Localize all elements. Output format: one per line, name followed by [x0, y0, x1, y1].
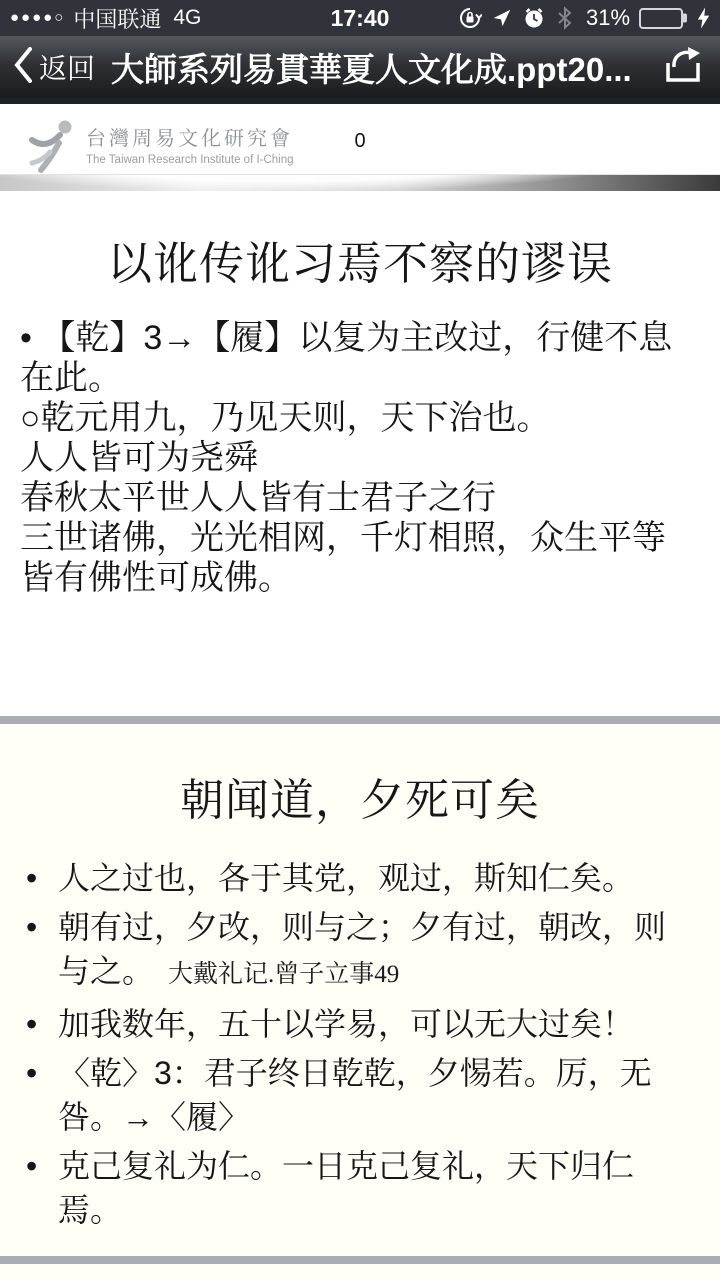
slide-header: 台灣周易文化研究會 The Taiwan Research Institute …	[0, 104, 720, 174]
logo-subtitle: The Taiwan Research Institute of I-Ching	[86, 154, 294, 166]
slide-title: 朝闻道，夕死可矣	[0, 764, 720, 828]
network-type-label: 4G	[173, 6, 201, 30]
bullet-list: • 人之过也，各于其党，观过，斯知仁矣。 • 朝有过，夕改，则与之；夕有过，朝改…	[0, 856, 706, 1232]
bullet-icon: •	[26, 1051, 37, 1095]
share-button[interactable]	[660, 44, 706, 91]
slide-title: 以讹传讹习焉不察的谬误	[0, 227, 720, 292]
carrier-label: 中国联通	[73, 3, 161, 34]
status-bar-right: 31%	[389, 5, 710, 31]
alarm-icon	[522, 6, 546, 30]
back-chevron-icon	[14, 47, 32, 88]
list-item: • 人之过也，各于其党，观过，斯知仁矣。	[0, 856, 706, 900]
back-button-label: 返回	[39, 47, 95, 87]
share-icon	[660, 73, 706, 90]
document-title: 大師系列易貫華夏人文化成.ppt20...	[111, 44, 652, 91]
list-item: • 朝有过，夕改，则与之；夕有过，朝改，则 与之。大戴礼记.曾子立事49	[0, 905, 706, 997]
signal-strength-icon: ●●●●○	[10, 10, 65, 25]
document-viewer[interactable]: 台灣周易文化研究會 The Taiwan Research Institute …	[0, 104, 720, 1274]
slide-1: 台灣周易文化研究會 The Taiwan Research Institute …	[0, 104, 720, 716]
battery-percent-label: 31%	[586, 5, 630, 31]
page-number: 0	[354, 130, 365, 153]
bullet-text: 克己复礼为仁。一日克己复礼，天下归仁 焉。	[58, 1148, 634, 1228]
list-item: • 克己复礼为仁。一日克己复礼，天下归仁 焉。	[0, 1144, 706, 1232]
rotation-lock-icon	[458, 6, 482, 30]
header-divider-graphic	[0, 174, 720, 191]
slide-separator	[0, 1256, 720, 1264]
bullet-text: 〈乾〉3：君子终日乾乾，夕惕若。厉，无 咎。→〈履〉	[58, 1055, 652, 1135]
slide-separator	[0, 716, 720, 724]
logo-text: 台灣周易文化研究會 The Taiwan Research Institute …	[86, 118, 294, 166]
list-item: • 加我数年，五十以学易，可以无大过矣！	[0, 1002, 706, 1046]
bullet-text: 人之过也，各于其党，观过，斯知仁矣。	[58, 860, 634, 896]
status-bar: ●●●●○ 中国联通 4G 17:40	[0, 0, 720, 36]
battery-cap	[683, 14, 687, 23]
citation-text: 大戴礼记.曾子立事49	[168, 961, 399, 988]
bullet-text: 加我数年，五十以学易，可以无大过矣！	[58, 1006, 634, 1042]
logo-figure-icon	[26, 118, 82, 179]
navigation-bar: 返回 大師系列易貫華夏人文化成.ppt20...	[0, 36, 720, 104]
location-icon	[491, 7, 513, 29]
list-item: • 〈乾〉3：君子终日乾乾，夕惕若。厉，无 咎。→〈履〉	[0, 1051, 706, 1139]
slide-2: 朝闻道，夕死可矣 • 人之过也，各于其党，观过，斯知仁矣。 • 朝有过，夕改，则…	[0, 724, 720, 1256]
slide-body-text: • 【乾】3→【履】以复为主改过，行健不息 在此。 ○乾元用九，乃见天则，天下治…	[20, 318, 702, 598]
charging-bolt-icon	[697, 6, 710, 30]
bluetooth-icon	[555, 6, 575, 30]
logo-title: 台灣周易文化研究會	[86, 122, 294, 151]
status-bar-left: ●●●●○ 中国联通 4G	[10, 3, 331, 34]
bullet-icon: •	[26, 1002, 37, 1046]
battery-icon	[639, 8, 683, 29]
back-button[interactable]: 返回	[14, 47, 95, 88]
organization-logo: 台灣周易文化研究會 The Taiwan Research Institute …	[26, 118, 294, 179]
bullet-icon: •	[26, 1144, 37, 1188]
bullet-icon: •	[26, 856, 37, 900]
bullet-icon: •	[26, 905, 37, 949]
clock-label: 17:40	[331, 5, 390, 32]
